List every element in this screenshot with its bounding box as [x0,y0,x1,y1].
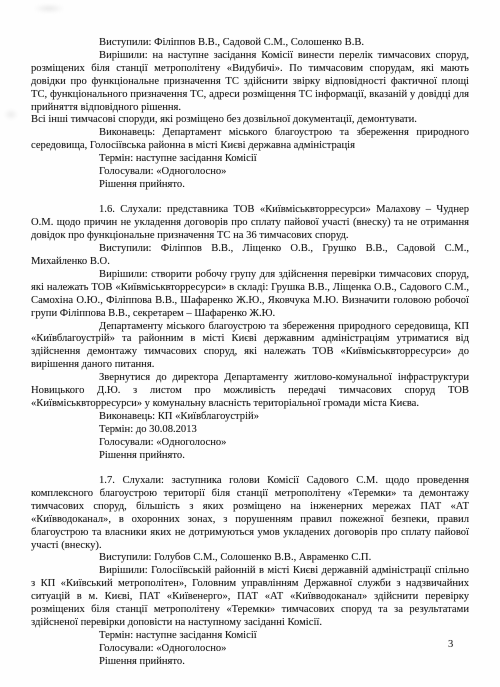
document-page: Виступили: Філіппов В.В., Садовой С.М., … [0,0,500,687]
item-1-5-speakers-line: Виступили: Філіппов В.В., Садовой С.М., … [31,37,469,50]
item-1-5-resolution-line: Рішення прийнято. [31,179,469,192]
item-1-6-resolution-line: Рішення прийнято. [31,450,469,463]
item-1-6-decision-paragraph-3: Звернутися до директора Департаменту жит… [31,372,469,411]
item-1-6-executor-line: Виконавець: КП «Київблагоустрій» [31,411,469,424]
document-body: Виступили: Філіппов В.В., Садовой С.М., … [31,37,469,669]
page-number: 3 [448,638,453,651]
item-1-5-term-line: Термін: наступне засідання Комісії [31,153,469,166]
item-1-6-heard-paragraph: 1.6. Слухали: представника ТОВ «Київмісь… [31,204,469,243]
item-1-6-speakers-line: Виступили: Філіппов В.В., Ліщенко О.В., … [31,243,469,269]
item-1-7-decision-paragraph: Вирішили: Голосіївській районній в місті… [31,565,469,630]
item-1-7-heard-paragraph: 1.7. Слухали: заступника голови Комісії … [31,475,469,552]
scan-artifact [4,109,18,120]
item-1-6-decision-paragraph-2: Департаменту міського благоустрою та збе… [31,321,469,373]
item-1-7-vote-line: Голосували: «Одноголосно» [31,643,469,656]
item-1-6-decision-paragraph: Вирішили: створити робочу групу для здій… [31,269,469,321]
item-1-5-decision-paragraph: Вирішили: на наступне засідання Комісії … [31,50,469,115]
item-1-5-executor-line: Виконавець: Департамент міського благоус… [31,127,469,153]
scan-artifact [33,4,65,13]
item-1-7-speakers-line: Виступили: Голубов С.М., Солошенко В.В.,… [31,552,469,565]
item-1-6-vote-line: Голосували: «Одноголосно» [31,437,469,450]
item-1-6-term-line: Термін: до 30.08.2013 [31,424,469,437]
item-1-7-resolution-line: Рішення прийнято. [31,656,469,669]
item-1-5-vote-line: Голосували: «Одноголосно» [31,166,469,179]
item-1-7-term-line: Термін: наступне засідання Комісії [31,630,469,643]
item-1-5-decision-note: Всі інші тимчасові споруди, які розміщен… [31,114,469,127]
